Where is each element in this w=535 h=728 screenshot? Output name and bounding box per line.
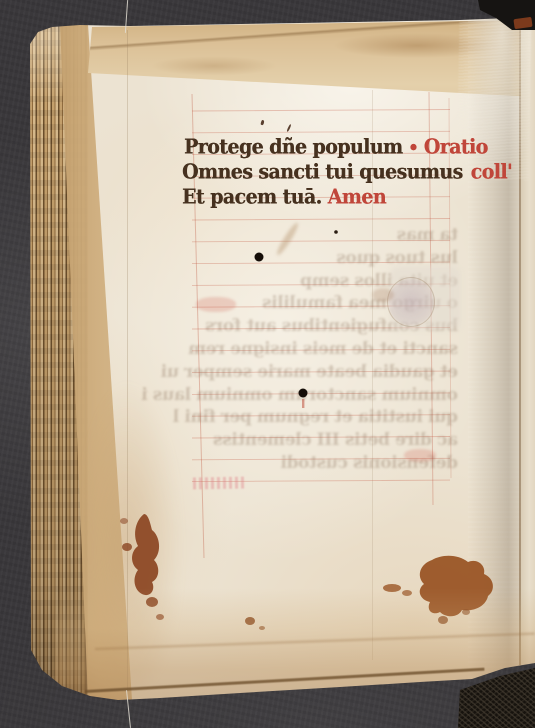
book-block: ta maslus tuos quoset uita illos sempo u… bbox=[0, 0, 535, 728]
wormhole bbox=[299, 389, 308, 398]
small-ink-dot bbox=[334, 230, 338, 234]
brown-stain-bottom-left bbox=[132, 514, 159, 595]
photograph-of-manuscript: ta maslus tuos quoset uita illos sempo u… bbox=[0, 0, 535, 728]
stain-satellite bbox=[120, 518, 128, 524]
stain-satellite bbox=[122, 543, 132, 551]
wormhole bbox=[255, 253, 264, 262]
red-drip bbox=[302, 399, 304, 408]
